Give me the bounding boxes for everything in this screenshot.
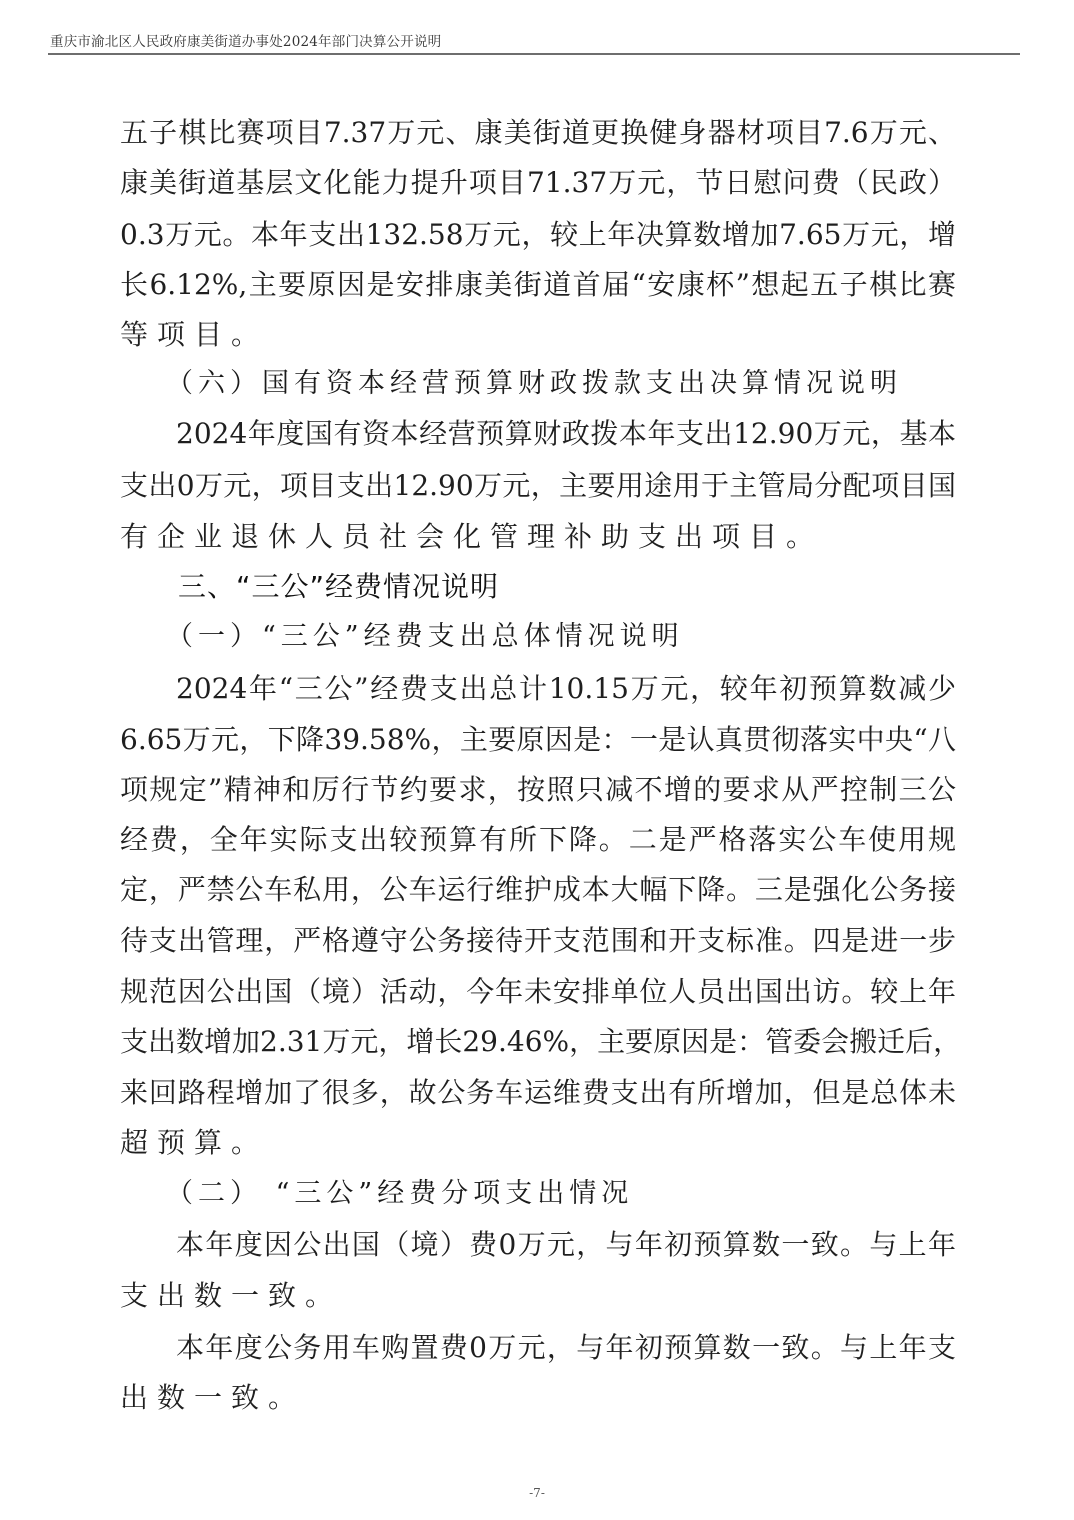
paragraph-line: 6.65万元，下降39.58%，主要原因是：一是认真贯彻落实中央“八: [120, 720, 956, 760]
header-divider: [48, 53, 1020, 55]
paragraph-line: 待支出管理，严格遵守公务接待开支范围和开支标准。四是进一步: [120, 921, 956, 961]
paragraph-line: 规范因公出国（境）活动，今年未安排单位人员出国出访。较上年: [120, 972, 956, 1012]
paragraph-line: 出数一致。: [120, 1378, 956, 1418]
section-heading-itemized: （二） “三公”经费分项支出情况: [166, 1174, 633, 1214]
paragraph-line: 支出数增加2.31万元，增长29.46%，主要原因是：管委会搬迁后，: [120, 1022, 956, 1062]
paragraph-line: 经费，全年实际支出较预算有所下降。二是严格落实公车使用规: [120, 820, 956, 860]
paragraph-line: 2024年“三公”经费支出总计10.15万元，较年初预算数减少: [176, 669, 956, 709]
paragraph-line: 2024年度国有资本经营预算财政拨本年支出12.90万元，基本: [176, 414, 956, 454]
paragraph-line: 0.3万元。本年支出132.58万元，较上年决算数增加7.65万元，增: [120, 215, 956, 255]
paragraph-line: 支出0万元，项目支出12.90万元，主要用途用于主管局分配项目国: [120, 466, 956, 506]
paragraph-line: 本年度因公出国（境）费0万元，与年初预算数一致。与上年: [176, 1225, 956, 1265]
paragraph-line: 定，严禁公车私用，公车运行维护成本大幅下降。三是强化公务接: [120, 870, 956, 910]
paragraph-line: 来回路程增加了很多，故公务车运维费支出有所增加，但是总体未: [120, 1073, 956, 1113]
paragraph-line: 长6.12%,主要原因是安排康美街道首届“安康杯”想起五子棋比赛: [120, 265, 956, 305]
page-header: 重庆市渝北区人民政府康美街道办事处2024年部门决算公开说明: [50, 30, 1020, 54]
paragraph-line: 项规定”精神和厉行节约要求，按照只减不增的要求从严控制三公: [120, 770, 956, 810]
section-heading-overall: （一）“三公”经费支出总体情况说明: [166, 617, 684, 657]
document-title: 重庆市渝北区人民政府康美街道办事处2024年部门决算公开说明: [50, 30, 441, 50]
paragraph-line: 有企业退休人员社会化管理补助支出项目。: [120, 517, 956, 557]
paragraph-line: 超预算。: [120, 1123, 956, 1163]
page-number: -7-: [0, 1486, 1074, 1500]
section-heading-state-capital: （六）国有资本经营预算财政拨款支出决算情况说明: [166, 364, 902, 404]
paragraph-line: 康美街道基层文化能力提升项目71.37万元，节日慰问费（民政）: [120, 163, 956, 203]
chapter-heading-three-public: 三、“三公”经费情况说明: [178, 567, 499, 607]
paragraph-line: 五子棋比赛项目7.37万元、康美街道更换健身器材项目7.6万元、: [120, 113, 956, 153]
paragraph-line: 支出数一致。: [120, 1276, 956, 1316]
paragraph-line: 等项目。: [120, 315, 956, 355]
paragraph-line: 本年度公务用车购置费0万元，与年初预算数一致。与上年支: [176, 1328, 956, 1368]
